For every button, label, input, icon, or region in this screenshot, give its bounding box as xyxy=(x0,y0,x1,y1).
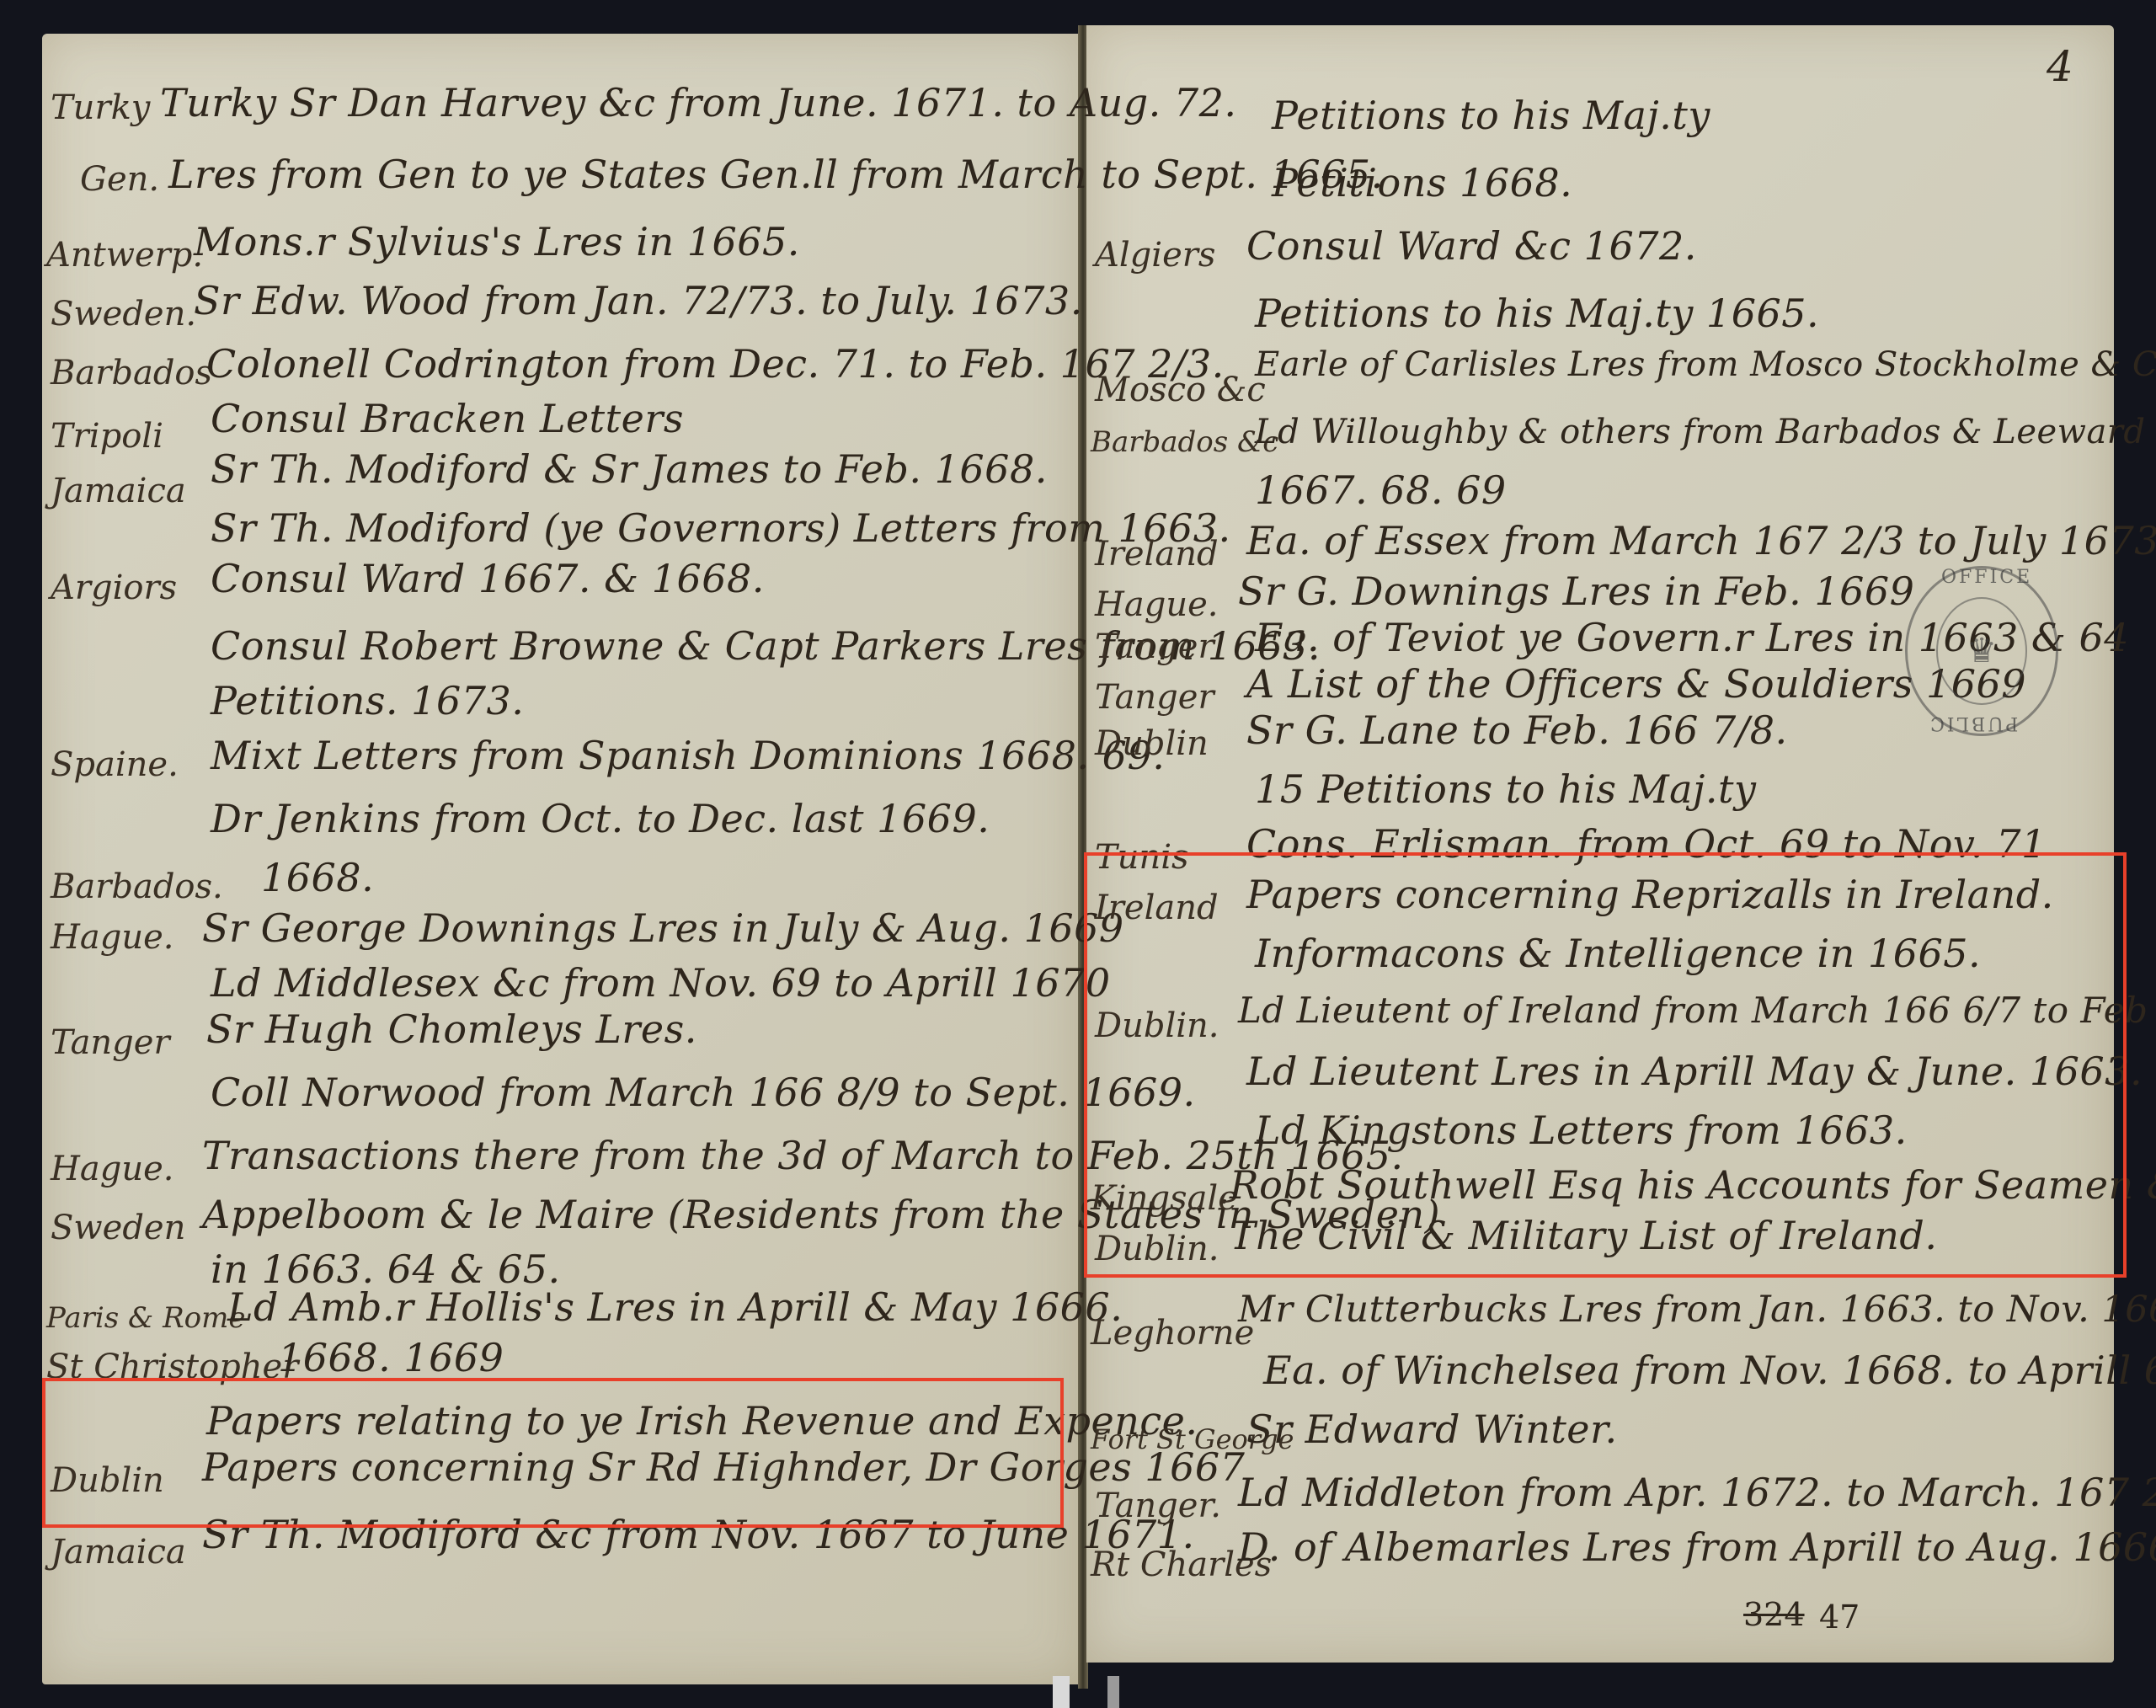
shelfmark-number: 47 xyxy=(1819,1599,1860,1636)
entry-text: 15 Petitions to his Maj.ty xyxy=(1255,766,1756,812)
margin-label: Algiers xyxy=(1095,236,1215,275)
entry-text: Petitions 1668. xyxy=(1272,160,1572,205)
margin-label: Tripoli xyxy=(51,417,163,456)
entry-text: Consul Ward &c 1672. xyxy=(1246,223,1697,269)
stamp-text-bottom: PUBLIC xyxy=(1928,713,2018,734)
margin-label: Barbados &c xyxy=(1091,425,1278,459)
margin-label: Paris & Rome xyxy=(46,1301,246,1335)
margin-label: Tanger. xyxy=(1095,1486,1221,1525)
folio-number: 4 xyxy=(2047,42,2073,91)
entry-text: Sr Th. Modiford & Sr James to Feb. 1668. xyxy=(211,446,1048,492)
entry-text: Ld Willoughby & others from Barbados & L… xyxy=(1255,413,2156,451)
margin-label: Spaine. xyxy=(51,745,179,784)
entry-text: D. of Albemarles Lres from Aprill to Aug… xyxy=(1238,1524,2156,1570)
margin-label: Gen. xyxy=(80,160,159,199)
margin-label: Turky xyxy=(51,88,150,127)
shelfmark-struck: 324 xyxy=(1743,1596,1805,1633)
entry-text: Ea. of Essex from March 167 2/3 to July … xyxy=(1246,518,2156,563)
entry-text: Earle of Carlisles Lres from Mosco Stock… xyxy=(1255,345,2156,384)
entry-text: Mixt Letters from Spanish Dominions 1668… xyxy=(211,733,1165,778)
entry-text: Petitions. 1673. xyxy=(211,678,524,723)
margin-label: Jamaica xyxy=(51,472,186,510)
entry-text: Ld Middlesex &c from Nov. 69 to Aprill 1… xyxy=(211,960,1111,1006)
entry-text: Sr Edward Winter. xyxy=(1246,1406,1618,1452)
margin-label: Dublin xyxy=(1095,724,1209,763)
entry-text: Petitions to his Maj.ty xyxy=(1272,93,1710,138)
margin-label: Sweden. xyxy=(51,295,196,334)
margin-label: Barbados xyxy=(51,354,212,392)
margin-label: Ireland xyxy=(1095,535,1219,574)
margin-label: Tanger xyxy=(1095,627,1214,666)
entry-text: 1668. xyxy=(261,855,374,900)
entry-text: Consul Bracken Letters xyxy=(211,396,684,441)
entry-text: Lres from Gen to ye States Gen.ll from M… xyxy=(168,152,1384,197)
entry-text: Colonell Codrington from Dec. 71. to Feb… xyxy=(206,341,1225,387)
margin-label: Hague. xyxy=(51,1150,173,1188)
margin-label: Hague. xyxy=(51,918,173,957)
stamp-text-top: OFFICE xyxy=(1941,567,2032,588)
entry-text: Ea. of Winchelsea from Nov. 1668. to Apr… xyxy=(1263,1348,2156,1393)
public-record-office-stamp: OFFICE ♛ PUBLIC xyxy=(1905,566,2058,736)
entry-text: Dr Jenkins from Oct. to Dec. last 1669. xyxy=(211,796,990,841)
entry-text: 1668. 1669 xyxy=(278,1335,504,1380)
margin-label: Barbados. xyxy=(51,867,223,906)
entry-text: Ld Middleton from Apr. 1672. to March. 1… xyxy=(1238,1470,2156,1515)
bookmark-ribbon xyxy=(1053,1676,1070,1708)
margin-label: Leghorne xyxy=(1091,1314,1254,1353)
entry-text: Mons.r Sylvius's Lres in 1665. xyxy=(194,219,800,264)
margin-label: Argiors xyxy=(51,568,177,607)
entry-text: Petitions to his Maj.ty 1665. xyxy=(1255,291,1819,336)
margin-label: Mosco &c xyxy=(1095,371,1266,409)
entry-text: Mr Clutterbucks Lres from Jan. 1663. to … xyxy=(1238,1289,2156,1331)
entry-text: Ld Amb.r Hollis's Lres in Aprill & May 1… xyxy=(227,1284,1123,1330)
highlight-box-left xyxy=(42,1378,1064,1528)
entry-text: Sr G. Lane to Feb. 166 7/8. xyxy=(1246,707,1788,753)
entry-text: Turky Sr Dan Harvey &c from June. 1671. … xyxy=(160,80,1237,125)
margin-label: Jamaica xyxy=(51,1533,186,1572)
bookmark-ribbon-2 xyxy=(1107,1676,1119,1708)
entry-text: Sr Th. Modiford (ye Governors) Letters f… xyxy=(211,505,1231,551)
margin-label: Hague. xyxy=(1095,585,1218,624)
highlight-box-right xyxy=(1084,852,2127,1278)
entry-text: Sr George Downings Lres in July & Aug. 1… xyxy=(202,905,1124,951)
crown-crest-icon: ♛ xyxy=(1936,597,2027,705)
margin-label: Sweden xyxy=(51,1209,185,1247)
margin-label: Tanger xyxy=(51,1023,170,1062)
margin-label: Tanger xyxy=(1095,678,1214,717)
entry-text: Sr Edw. Wood from Jan. 72/73. to July. 1… xyxy=(194,278,1083,323)
entry-text: Coll Norwood from March 166 8/9 to Sept.… xyxy=(211,1070,1196,1115)
entry-text: 1667. 68. 69 xyxy=(1255,467,1507,513)
entry-text: Sr G. Downings Lres in Feb. 1669 xyxy=(1238,568,1914,614)
entry-text: Consul Ward 1667. & 1668. xyxy=(211,556,765,601)
entry-text: Sr Hugh Chomleys Lres. xyxy=(206,1006,697,1052)
margin-label: Antwerp. xyxy=(46,236,203,275)
